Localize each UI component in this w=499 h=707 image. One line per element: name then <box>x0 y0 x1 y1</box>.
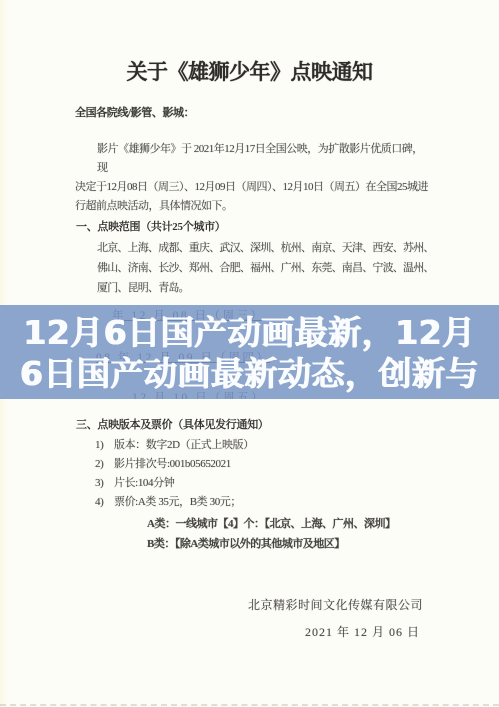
footer-company: 北京精彩时间文化传媒有限公司 <box>248 596 423 614</box>
price-note-a: A类：一线城市【4】个：【北京、上海、广州、深圳】 <box>147 515 395 535</box>
page-title: 关于《雄狮少年》点映通知 <box>0 55 499 89</box>
banner-headline-line2: 6日国产动画最新动态，创新与 <box>0 353 499 394</box>
intro-line: 影片《雄狮少年》于 2021年12月17日全国公映，为扩散影片优质口碑，现 <box>75 140 431 178</box>
notice-document-page: 关于《雄狮少年》点映通知 全国各院线/影管、影城： 影片《雄狮少年》于 2021… <box>0 0 499 707</box>
price-class-notes: A类：一线城市【4】个：【北京、上海、广州、深圳】 B类：【除A类城市以外的其他… <box>147 515 395 554</box>
notice-item: 3) 片长:104分钟 <box>95 474 254 493</box>
price-note-b: B类：【除A类城市以外的其他城市及地区】 <box>147 535 395 555</box>
city-list-line: 佛山、济南、长沙、郑州、合肥、福州、广州、东莞、南昌、宁波、温州、 <box>97 258 437 278</box>
banner-headline-line1: 12月6日国产动画最新，12月 <box>0 312 499 353</box>
notice-item-list: 1) 版本：数字2D（正式上映版） 2) 影片排次号:001b05652021 … <box>95 436 254 512</box>
salutation-line: 全国各院线/影管、影城： <box>75 104 194 122</box>
banner-headline: 12月6日国产动画最新，12月 6日国产动画最新动态，创新与 <box>0 305 499 394</box>
promo-banner-overlay: 年 12 月 08 日（周三） 08 年 12 月 09 日（周四） 12 月 … <box>0 305 499 399</box>
notice-item: 2) 影片排次号:001b05652021 <box>95 455 254 474</box>
notice-item: 4) 票价:A类 35元，B类 30元； <box>95 493 254 512</box>
intro-paragraph: 影片《雄狮少年》于 2021年12月17日全国公映，为扩散影片优质口碑，现 决定… <box>75 140 431 216</box>
intro-line: 行超前点映活动，具体情况如下。 <box>75 197 431 216</box>
scan-bottom-artifact <box>0 704 499 706</box>
city-list-line: 厦门、昆明、青岛。 <box>97 278 437 298</box>
section3-heading: 三、点映版本及票价（具体见发行通知） <box>76 416 269 434</box>
section1-heading: 一、点映范围（共计25个城市） <box>76 218 226 236</box>
city-list: 北京、上海、成都、重庆、武汉、深圳、杭州、南京、天津、西安、苏州、 佛山、济南、… <box>97 238 437 298</box>
notice-item: 1) 版本：数字2D（正式上映版） <box>95 436 254 455</box>
footer-date: 2021 年 12 月 06 日 <box>305 623 420 641</box>
intro-line: 决定于12月08日（周三）、12月09日（周四）、12月10日（周五）在全国25… <box>75 178 431 197</box>
city-list-line: 北京、上海、成都、重庆、武汉、深圳、杭州、南京、天津、西安、苏州、 <box>97 238 437 258</box>
